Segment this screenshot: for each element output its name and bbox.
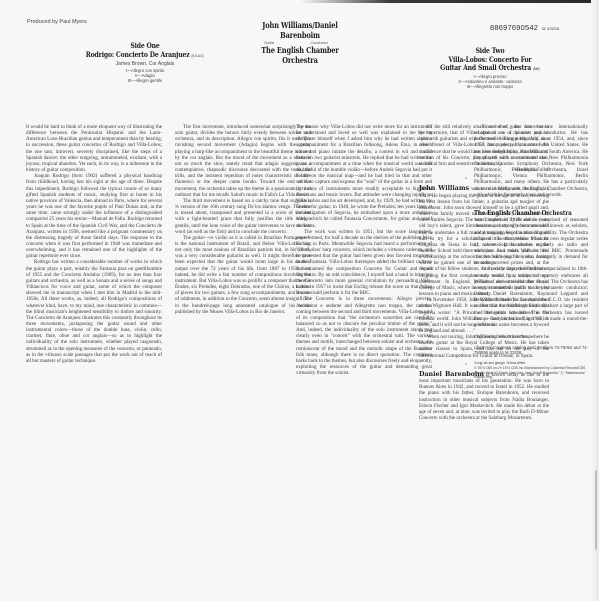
- notes-paragraph: The guitar—or violão as it is called in …: [175, 235, 311, 315]
- liner-notes-column-2: The first movement, introduced somewhat …: [175, 124, 311, 315]
- liner-notes-column-1: It would be hard to think of a more eloq…: [26, 124, 162, 364]
- side-one-rights: (S.G.A.E.): [191, 54, 204, 58]
- side-two-work-line2: Guitar And Small Orchestra (BMI): [420, 64, 560, 74]
- library-of-congress: Library of Congress catalog card numbers…: [474, 345, 588, 355]
- engineering-credit: Engineering: Mike Ross-Trevor: [474, 334, 588, 339]
- artists-heading: John Williams/Daniel Barenboim: [245, 21, 354, 41]
- notes-paragraph: Joaquin Rodrigo (born 1902) suffered a p…: [26, 173, 162, 259]
- section-divider: • • •: [474, 201, 588, 207]
- eco-bio: The English Chamber Orchestra was founde…: [474, 211, 588, 266]
- side-one-work-title: Rodrigo: Concierto De Aranjuez: [86, 50, 190, 59]
- matrix-number: M 33208: [542, 26, 559, 31]
- side-one-movement: III—Allegro gentile: [60, 78, 230, 83]
- liner-notes-column-3: The reason why Villa-Lobos did not write…: [296, 124, 432, 376]
- side-one-work: Rodrigo: Concierto De Aranjuez (S.G.A.E.…: [79, 51, 212, 61]
- catalog-number: 88697690542M 33208: [490, 23, 559, 32]
- top-edge-shadow: [300, 0, 599, 3]
- right-edge-mark: [595, 470, 597, 550]
- side-two-rights: (BMI): [533, 67, 540, 71]
- side-one-block: Side One Rodrigo: Concierto De Aranjuez …: [60, 42, 230, 84]
- liner-notes-column-5: Since then, he has become internationall…: [474, 124, 588, 380]
- catalog-id: 88697690542: [490, 23, 538, 32]
- notes-paragraph: Since then, he has become internationall…: [474, 124, 588, 198]
- orchestra-heading: The English Chamber Orchestra: [245, 46, 354, 66]
- side-two-block: Side Two Villa-Lobos: Concerto For Guita…: [400, 47, 580, 89]
- notes-paragraph: The first movement, introduced somewhat …: [175, 124, 311, 198]
- notes-paragraph: In its early days, the Orchestra special…: [474, 266, 588, 328]
- notes-paragraph: The Concerto is in three movements: Alle…: [296, 296, 432, 376]
- cover-art-credit: Cover art and design: Teresa Alfieri: [474, 361, 588, 365]
- performer-credits: John Williams/Daniel Barenboim Guitar Co…: [230, 21, 370, 66]
- eco-bio-text: was founded in 1948 and is comprised of …: [474, 217, 588, 266]
- side-one-performer: James Brown, Cor Anglais: [60, 61, 230, 68]
- side-two-movement: III—Allegretto non troppo: [400, 84, 580, 89]
- notes-paragraph: The reason why Villa-Lobos did not write…: [296, 124, 432, 229]
- notes-paragraph: The third movement is based on a catchy …: [175, 198, 311, 235]
- notes-paragraph: It would be hard to think of a more eloq…: [26, 124, 162, 173]
- notes-paragraph: The work was written in 1951, but the sc…: [296, 229, 432, 297]
- side-two-work-title: Guitar And Small Orchestra: [440, 63, 531, 72]
- eco-bio-name: The English Chamber Orchestra: [474, 211, 572, 217]
- copyright-notice: © 1974 CBS Inc./℗ 1974 CBS Inc./Manufact…: [474, 366, 588, 379]
- notes-paragraph: Rodrigo has written a considerable numbe…: [26, 259, 162, 364]
- williams-bio-name: John Williams: [419, 185, 469, 192]
- producer-credit: Produced by Paul Myers: [27, 19, 87, 25]
